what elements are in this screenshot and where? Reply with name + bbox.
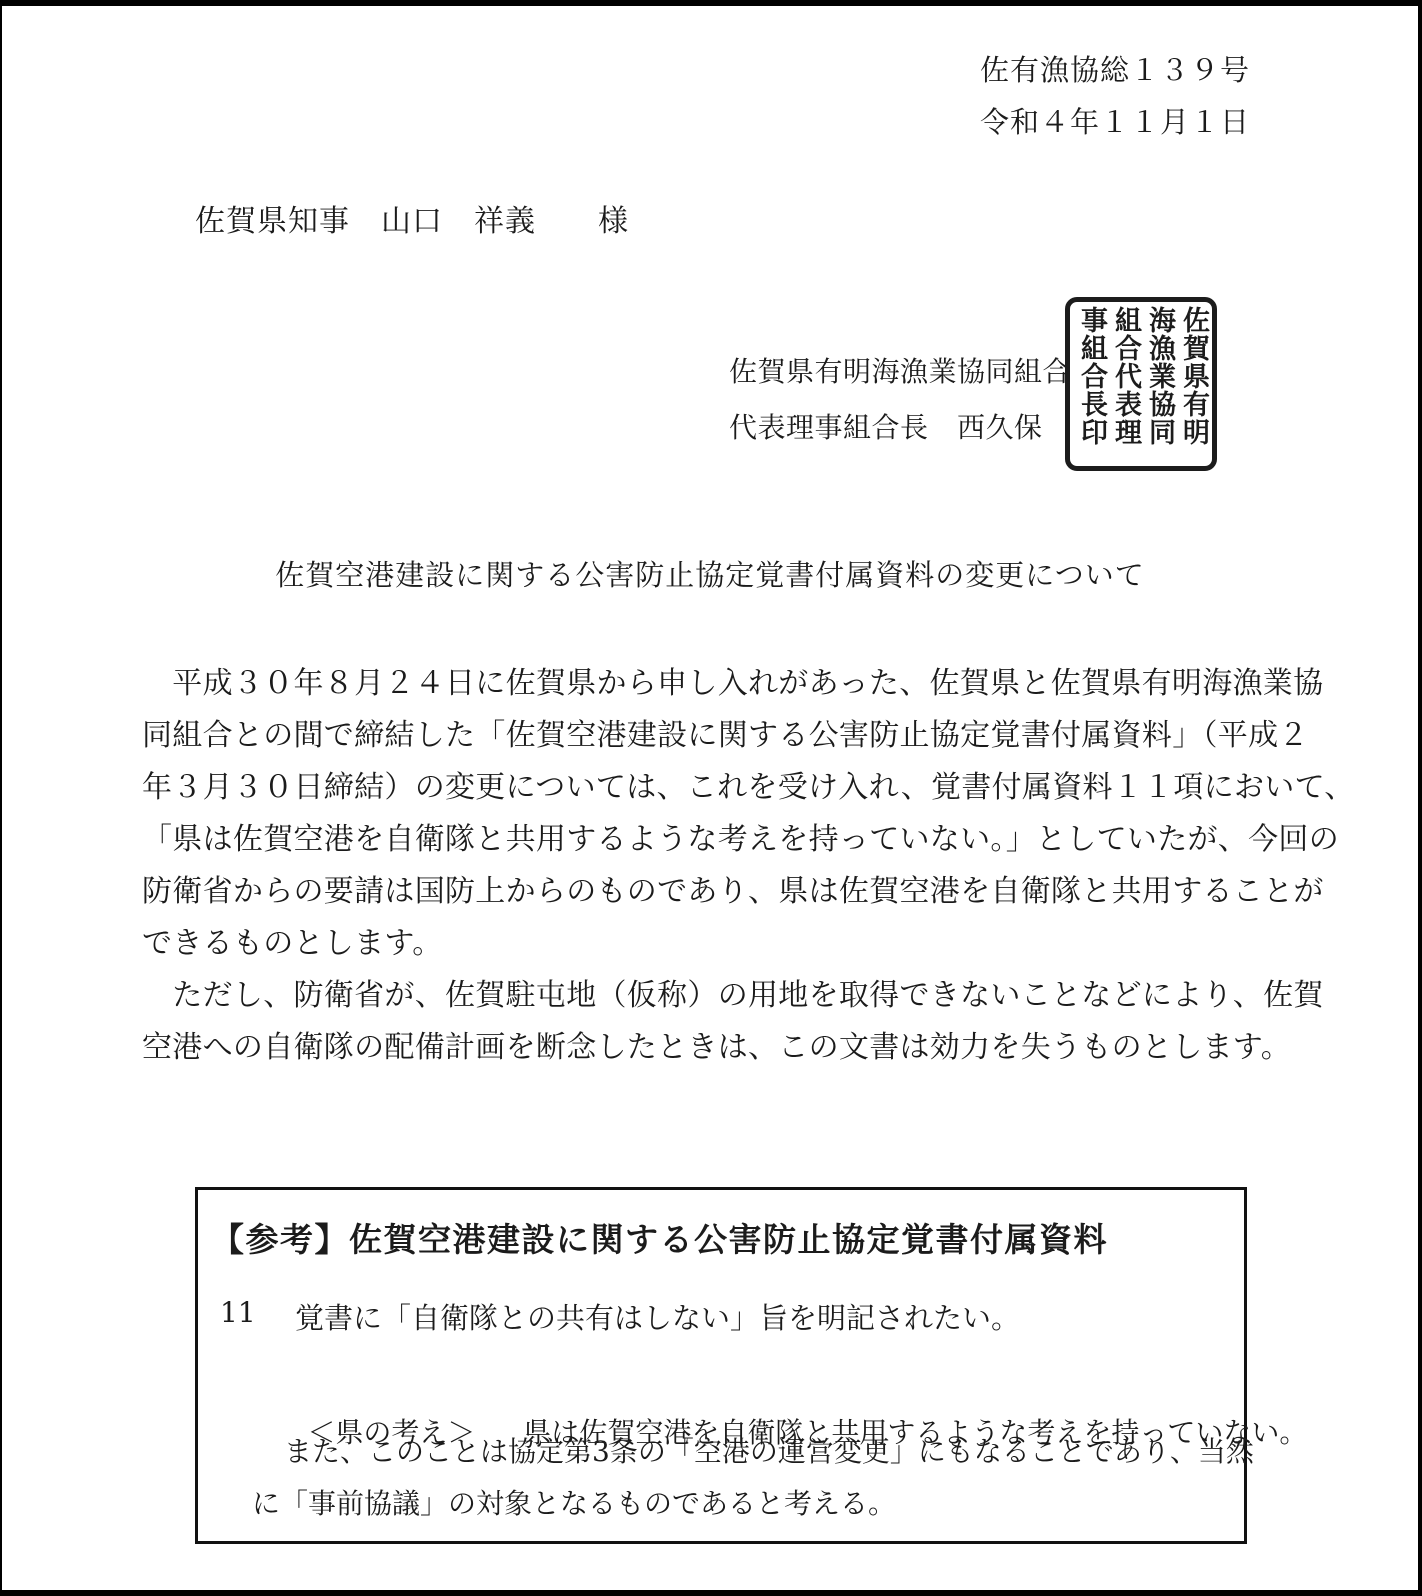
body-line: ただし、防衛省が、佐賀駐屯地（仮称）の用地を取得できないことなどにより、佐賀 (142, 970, 1332, 1022)
reference-item-number: 11 (220, 1296, 256, 1329)
scanned-letter-page: 佐有漁協総１３９号 令和４年１１月１日 佐賀県知事 山口 祥義 様 佐賀県有明海… (0, 0, 1422, 1596)
addressee-line: 佐賀県知事 山口 祥義 様 (195, 196, 629, 240)
sender-organization: 佐賀県有明海漁業協同組合 (729, 350, 1071, 390)
sender-representative: 代表理事組合長 西久保 (729, 406, 1043, 446)
opinion-line-2: また、このことは協定第3条の「空港の運営変更」にもなることであり、当然 (284, 1430, 1254, 1470)
document-number: 佐有漁協総１３９号 (980, 44, 1250, 96)
document-title: 佐賀空港建設に関する公害防止協定覚書付属資料の変更について (2, 553, 1418, 594)
body-line: 平成３０年８月２４日に佐賀県から申し入れがあった、佐賀県と佐賀県有明海漁業協 (142, 658, 1332, 710)
body-line: 年３月３０日締結）の変更については、これを受け入れ、覚書付属資料１１項において、 (142, 762, 1332, 814)
reference-box: 【参考】佐賀空港建設に関する公害防止協定覚書付属資料 11 覚書に「自衛隊との共… (195, 1187, 1247, 1544)
official-seal: 佐賀県有明海漁業協同組合代表理事組合長印 (1065, 297, 1217, 471)
body-line: 同組合との間で締結した「佐賀空港建設に関する公害防止協定覚書付属資料」（平成２ (142, 710, 1332, 762)
body-line: 空港への自衛隊の配備計画を断念したときは、この文書は効力を失うものとします。 (142, 1022, 1332, 1074)
body-line: 防衛省からの要請は国防上からのものであり、県は佐賀空港を自衛隊と共用することが (142, 866, 1332, 918)
reference-box-header: 【参考】佐賀空港建設に関する公害防止協定覚書付属資料 (211, 1214, 1108, 1261)
opinion-line-3: に「事前協議」の対象となるものであると考える。 (252, 1482, 896, 1522)
reference-item-text: 覚書に「自衛隊との共有はしない」旨を明記されたい。 (295, 1296, 1020, 1337)
body-line: 「県は佐賀空港を自衛隊と共用するような考えを持っていない。」としていたが、今回の (142, 814, 1332, 866)
document-date: 令和４年１１月１日 (980, 96, 1250, 148)
document-header: 佐有漁協総１３９号 令和４年１１月１日 (980, 44, 1250, 148)
body-line: できるものとします。 (142, 918, 1332, 970)
seal-text: 佐賀県有明海漁業協同組合代表理事組合長印 (1076, 306, 1209, 446)
reference-item: 11 覚書に「自衛隊との共有はしない」旨を明記されたい。 (198, 1296, 253, 1432)
body-text: 平成３０年８月２４日に佐賀県から申し入れがあった、佐賀県と佐賀県有明海漁業協 同… (142, 658, 1332, 1074)
